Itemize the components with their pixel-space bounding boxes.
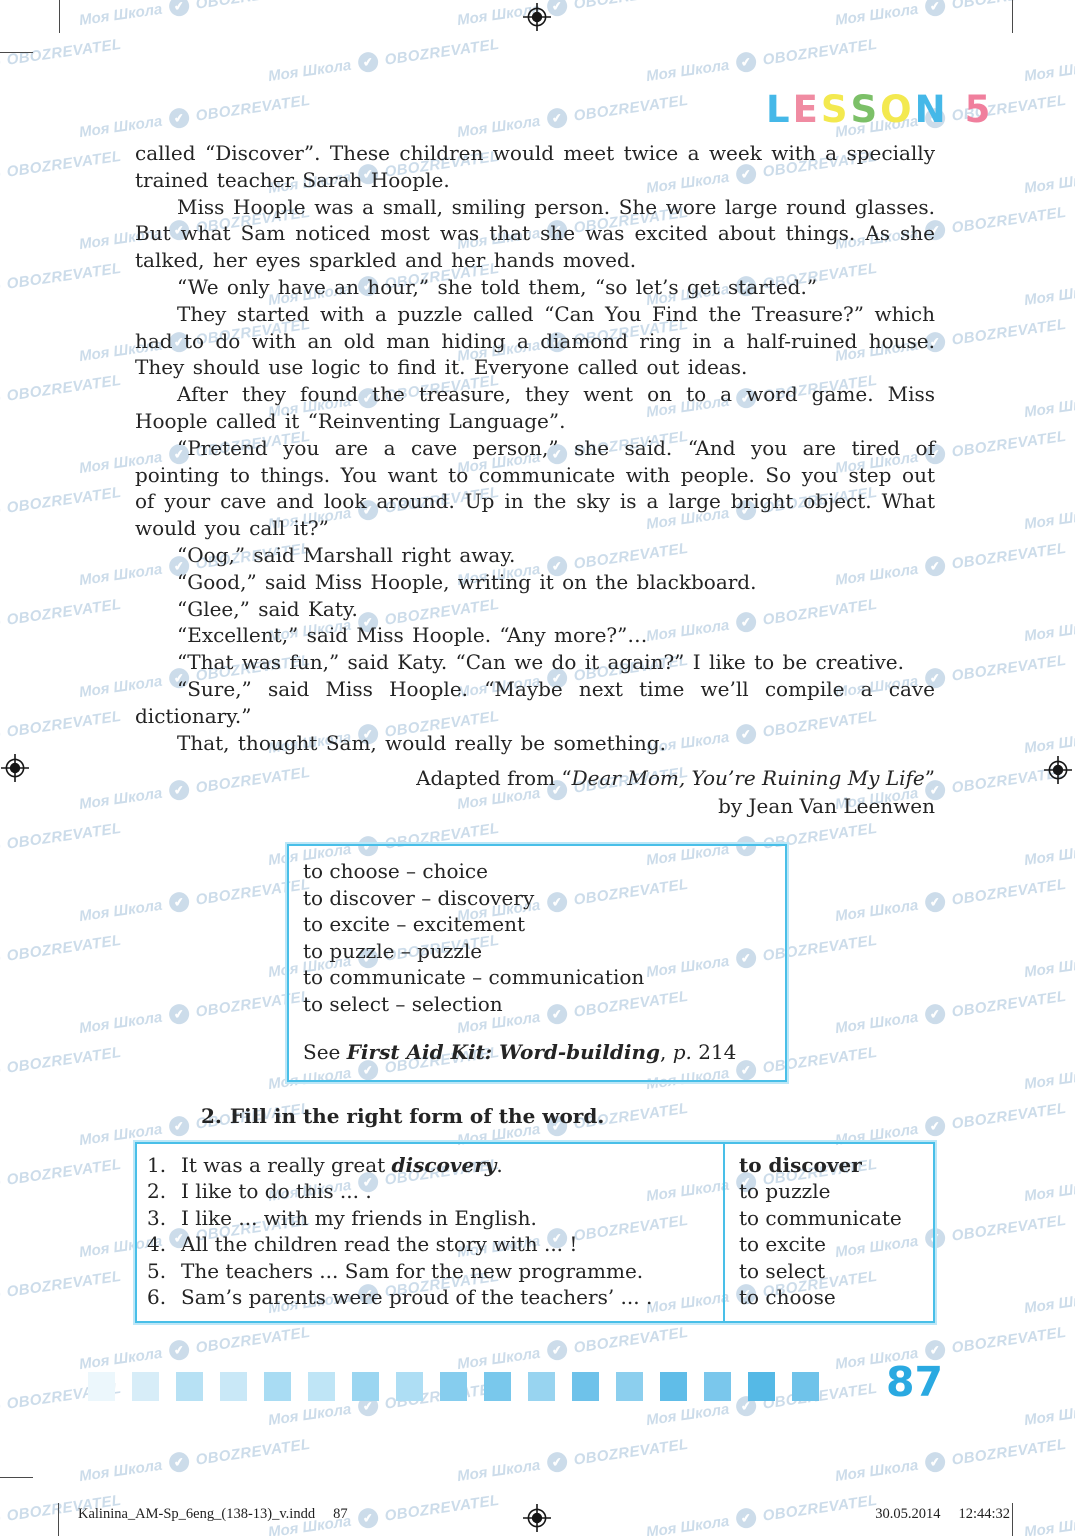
obozrevatel-icon: ✔ — [0, 275, 1, 298]
obozrevatel-icon: ✔ — [168, 1451, 191, 1474]
watermark: Моя Школа✔OBOZREVATEL — [78, 1434, 312, 1486]
watermark-brand: OBOZREVATEL — [951, 651, 1068, 684]
obozrevatel-icon: ✔ — [168, 107, 191, 130]
obozrevatel-icon: ✔ — [0, 947, 1, 970]
watermark-brand: OBOZREVATEL — [762, 35, 879, 68]
watermark: Моя Школа✔OBOZREVATEL — [1023, 34, 1075, 86]
watermark-brand: OBOZREVATEL — [195, 1435, 312, 1468]
crop-mark — [1012, 1503, 1013, 1536]
attribution-line: Adapted from “Dear Mom, You’re Ruining M… — [135, 764, 935, 792]
crop-mark — [59, 0, 60, 33]
obozrevatel-icon: ✔ — [168, 0, 191, 18]
story-paragraph: “Excellent,” said Miss Hoople. “Any more… — [135, 622, 935, 649]
watermark: Моя Школа✔OBOZREVATEL — [834, 1322, 1068, 1374]
watermark-brand: OBOZREVATEL — [6, 1155, 123, 1188]
decor-square — [132, 1372, 159, 1401]
watermark: Моя Школа✔OBOZREVATEL — [0, 930, 123, 982]
watermark-brand: OBOZREVATEL — [951, 427, 1068, 460]
watermark-brand: OBOZREVATEL — [195, 91, 312, 124]
watermark-brand: Моя Школа — [1023, 168, 1075, 196]
watermark-brand: OBOZREVATEL — [6, 931, 123, 964]
exercise-item: 4.All the children read the story with .… — [147, 1231, 717, 1258]
watermark-brand: OBOZREVATEL — [6, 1043, 123, 1076]
watermark-brand: OBOZREVATEL — [951, 1435, 1068, 1468]
watermark-brand: Моя Школа — [1023, 280, 1075, 308]
exercise-table-right: to discoverto puzzleto communicateto exc… — [725, 1144, 933, 1321]
obozrevatel-icon: ✔ — [0, 51, 1, 74]
watermark-brand: Моя Школа — [1023, 840, 1075, 868]
registration-mark — [523, 3, 551, 31]
watermark: Моя Школа✔OBOZREVATEL — [1023, 1378, 1075, 1430]
attribution: Adapted from “Dear Mom, You’re Ruining M… — [135, 764, 935, 820]
lesson-letter: S — [821, 88, 851, 131]
watermark-brand: Моя Школа — [1023, 392, 1075, 420]
obozrevatel-icon: ✔ — [0, 835, 1, 858]
decor-square — [264, 1372, 291, 1401]
obozrevatel-icon: ✔ — [546, 1451, 569, 1474]
watermark: Моя Школа✔OBOZREVATEL — [1023, 1154, 1075, 1206]
obozrevatel-icon: ✔ — [735, 51, 758, 74]
watermark: Моя Школа✔OBOZREVATEL — [1023, 706, 1075, 758]
watermark: Моя Школа✔OBOZREVATEL — [0, 482, 123, 534]
watermark-brand: Моя Школа — [1023, 1400, 1075, 1428]
decor-square — [220, 1372, 247, 1401]
watermark-brand: Моя Школа — [456, 1344, 541, 1372]
story-paragraph: Miss Hoople was a small, smiling person.… — [135, 194, 935, 274]
watermark: Моя Школа✔OBOZREVATEL — [0, 818, 123, 870]
lesson-letter: N — [915, 88, 949, 131]
watermark-brand: OBOZREVATEL — [6, 1267, 123, 1300]
story-paragraph: That, thought Sam, would really be somet… — [135, 730, 935, 757]
watermark-brand: OBOZREVATEL — [6, 371, 123, 404]
watermark-brand: OBOZREVATEL — [951, 315, 1068, 348]
prepress-footer: Kalinina_AM-Sp_6eng_(138-13)_v.indd87 30… — [78, 1506, 1010, 1523]
crop-mark — [1012, 0, 1013, 33]
watermark: Моя Школа✔OBOZREVATEL — [0, 594, 123, 646]
watermark: Моя Школа✔OBOZREVATEL — [1023, 818, 1075, 870]
exercise-item: 6.Sam’s parents were proud of the teache… — [147, 1284, 717, 1311]
watermark-brand: OBOZREVATEL — [573, 1323, 690, 1356]
hint-word: to choose — [739, 1284, 927, 1311]
watermark-brand: Моя Школа — [456, 112, 541, 140]
decor-square — [704, 1372, 731, 1401]
watermark-brand: Моя Школа — [1023, 1176, 1075, 1204]
exercise-item: 1.It was a really great discovery. — [147, 1152, 717, 1179]
crop-mark — [58, 1503, 59, 1536]
decor-square — [88, 1372, 115, 1401]
watermark-brand: OBOZREVATEL — [6, 259, 123, 292]
watermark-brand: Моя Школа — [1023, 1288, 1075, 1316]
crop-mark — [0, 1477, 33, 1478]
watermark-brand: OBOZREVATEL — [951, 0, 1068, 12]
watermark-brand: OBOZREVATEL — [6, 483, 123, 516]
watermark-brand: Моя Школа — [456, 1456, 541, 1484]
watermark-brand: Моя Школа — [78, 0, 163, 28]
story-paragraph: “That was fun,” said Katy. “Can we do it… — [135, 649, 935, 676]
exercise-number: 2. — [201, 1104, 222, 1128]
watermark: Моя Школа✔OBOZREVATEL — [1023, 258, 1075, 310]
watermark-brand: OBOZREVATEL — [951, 203, 1068, 236]
lesson-letter: S — [851, 88, 881, 131]
decor-square — [176, 1372, 203, 1401]
watermark-brand: OBOZREVATEL — [6, 707, 123, 740]
exercise-item: 3.I like ... with my friends in English. — [147, 1205, 717, 1232]
obozrevatel-icon: ✔ — [0, 611, 1, 634]
story-paragraph: “Oog,” said Marshall right away. — [135, 542, 935, 569]
hint-word: to select — [739, 1258, 927, 1285]
watermark-brand: Моя Школа — [78, 112, 163, 140]
watermark-brand: Моя Школа — [645, 1400, 730, 1428]
obozrevatel-icon: ✔ — [0, 1059, 1, 1082]
decor-square — [660, 1372, 687, 1401]
hint-word: to discover — [739, 1152, 927, 1179]
page-number: 87 — [886, 1358, 943, 1406]
decor-square — [572, 1372, 599, 1401]
attribution-byline: by Jean Van Leenwen — [135, 792, 935, 820]
watermark: Моя Школа✔OBOZREVATEL — [456, 90, 690, 142]
story-paragraph: After they found the treasure, they went… — [135, 381, 935, 435]
footer-datetime: 30.05.201412:44:32 — [875, 1506, 1010, 1523]
story-paragraph: They started with a puzzle called “Can Y… — [135, 301, 935, 381]
content-column: called “Discover”. These children would … — [135, 140, 935, 1323]
word-building-box: to choose – choiceto discover – discover… — [287, 844, 787, 1082]
word-pair: to communicate – communication — [303, 964, 775, 991]
obozrevatel-icon: ✔ — [546, 107, 569, 130]
watermark-brand: Моя Школа — [1023, 616, 1075, 644]
decor-square — [440, 1372, 467, 1401]
watermark-brand: OBOZREVATEL — [573, 1435, 690, 1468]
decor-square — [308, 1372, 335, 1401]
watermark: Моя Школа✔OBOZREVATEL — [1023, 370, 1075, 422]
obozrevatel-icon: ✔ — [0, 387, 1, 410]
obozrevatel-icon: ✔ — [0, 163, 1, 186]
watermark: Моя Школа✔OBOZREVATEL — [1023, 594, 1075, 646]
decor-square — [792, 1372, 819, 1401]
exercise-table: 1.It was a really great discovery.2.I li… — [135, 1142, 935, 1323]
watermark: Моя Школа✔OBOZREVATEL — [267, 34, 501, 86]
decor-square — [528, 1372, 555, 1401]
obozrevatel-icon: ✔ — [924, 0, 947, 18]
watermark: Моя Школа✔OBOZREVATEL — [1023, 146, 1075, 198]
book-title: Dear Mom, You’re Ruining My Life — [572, 766, 925, 790]
watermark-brand: OBOZREVATEL — [951, 875, 1068, 908]
watermark: Моя Школа✔OBOZREVATEL — [78, 1322, 312, 1374]
decor-square — [484, 1372, 511, 1401]
word-pair: to discover – discovery — [303, 885, 775, 912]
watermark: Моя Школа✔OBOZREVATEL — [1023, 1042, 1075, 1094]
watermark: Моя Школа✔OBOZREVATEL — [78, 90, 312, 142]
registration-mark — [1044, 756, 1072, 784]
obozrevatel-icon: ✔ — [168, 1339, 191, 1362]
watermark-brand: OBOZREVATEL — [195, 0, 312, 12]
watermark-brand: OBOZREVATEL — [6, 819, 123, 852]
hint-word: to excite — [739, 1231, 927, 1258]
watermark: Моя Школа✔OBOZREVATEL — [0, 1154, 123, 1206]
lesson-letter: 5 — [965, 88, 994, 131]
hint-word: to communicate — [739, 1205, 927, 1232]
story-paragraph: “Good,” said Miss Hoople, writing it on … — [135, 569, 935, 596]
decor-square — [748, 1372, 775, 1401]
obozrevatel-icon: ✔ — [0, 1395, 1, 1418]
registration-mark — [1, 754, 29, 782]
watermark: Моя Школа✔OBOZREVATEL — [0, 258, 123, 310]
lesson-letter: O — [880, 88, 914, 131]
watermark: Моя Школа✔OBOZREVATEL — [0, 34, 123, 86]
word-pair: to puzzle – puzzle — [303, 938, 775, 965]
word-pair: to excite – excitement — [303, 911, 775, 938]
watermark-brand: Моя Школа — [1023, 504, 1075, 532]
watermark: Моя Школа✔OBOZREVATEL — [0, 1042, 123, 1094]
watermark-brand: OBOZREVATEL — [951, 1099, 1068, 1132]
squares-row — [88, 1372, 819, 1401]
watermark: Моя Школа✔OBOZREVATEL — [456, 0, 690, 30]
hint-word: to puzzle — [739, 1178, 927, 1205]
watermark-brand: OBOZREVATEL — [951, 1211, 1068, 1244]
watermark: Моя Школа✔OBOZREVATEL — [834, 1434, 1068, 1486]
lesson-letter: L — [766, 88, 793, 131]
book-page: Моя Школа✔OBOZREVATELМоя Школа✔OBOZREVAT… — [0, 0, 1075, 1536]
watermark: Моя Школа✔OBOZREVATEL — [78, 0, 312, 30]
watermark-brand: Моя Школа — [267, 1400, 352, 1428]
obozrevatel-icon: ✔ — [357, 51, 380, 74]
watermark-brand: Моя Школа — [1023, 1064, 1075, 1092]
obozrevatel-icon: ✔ — [0, 1507, 1, 1530]
watermark-brand: OBOZREVATEL — [6, 147, 123, 180]
watermark: Моя Школа✔OBOZREVATEL — [456, 1322, 690, 1374]
watermark-brand: Моя Школа — [1023, 952, 1075, 980]
story-paragraph: “Sure,” said Miss Hoople. “Maybe next ti… — [135, 676, 935, 730]
obozrevatel-icon: ✔ — [0, 723, 1, 746]
obozrevatel-icon: ✔ — [924, 1451, 947, 1474]
decor-square — [352, 1372, 379, 1401]
wordbox-pairs: to choose – choiceto discover – discover… — [303, 858, 775, 1017]
watermark: Моя Школа✔OBOZREVATEL — [645, 34, 879, 86]
watermark: Моя Школа✔OBOZREVATEL — [834, 0, 1068, 30]
story-paragraph: “Pretend you are a cave person,” she sai… — [135, 435, 935, 542]
watermark: Моя Школа✔OBOZREVATEL — [1023, 1266, 1075, 1318]
reference-title: First Aid Kit: Word-building — [347, 1040, 660, 1064]
lesson-title: LESSON5 — [766, 88, 993, 131]
watermark: Моя Школа✔OBOZREVATEL — [0, 146, 123, 198]
word-pair: to select – selection — [303, 991, 775, 1018]
watermark-brand: OBOZREVATEL — [951, 1323, 1068, 1356]
obozrevatel-icon: ✔ — [0, 499, 1, 522]
watermark: Моя Школа✔OBOZREVATEL — [1023, 482, 1075, 534]
decor-square — [396, 1372, 423, 1401]
watermark: Моя Школа✔OBOZREVATEL — [1023, 930, 1075, 982]
watermark: Моя Школа✔OBOZREVATEL — [0, 706, 123, 758]
watermark-brand: Моя Школа — [78, 1456, 163, 1484]
watermark-brand: Моя Школа — [1023, 728, 1075, 756]
watermark-brand: OBOZREVATEL — [951, 987, 1068, 1020]
footer-file: Kalinina_AM-Sp_6eng_(138-13)_v.indd87 — [78, 1506, 348, 1523]
watermark-brand: Моя Школа — [1023, 56, 1075, 84]
crop-mark — [0, 52, 33, 53]
lesson-letter: E — [793, 88, 821, 131]
story-paragraph: called “Discover”. These children would … — [135, 140, 935, 194]
decor-square — [616, 1372, 643, 1401]
story: called “Discover”. These children would … — [135, 140, 935, 756]
obozrevatel-icon: ✔ — [0, 1283, 1, 1306]
story-paragraph: “We only have an hour,” she told them, “… — [135, 274, 935, 301]
exercise-item: 2.I like to do this ... . — [147, 1178, 717, 1205]
watermark: Моя Школа✔OBOZREVATEL — [456, 1434, 690, 1486]
watermark: Моя Школа✔OBOZREVATEL — [0, 1266, 123, 1318]
obozrevatel-icon: ✔ — [546, 1339, 569, 1362]
watermark-brand: Моя Школа — [1023, 1512, 1075, 1536]
obozrevatel-icon: ✔ — [0, 1171, 1, 1194]
watermark-brand: Моя Школа — [645, 56, 730, 84]
exercise-table-left: 1.It was a really great discovery.2.I li… — [137, 1144, 725, 1321]
watermark-brand: OBOZREVATEL — [573, 91, 690, 124]
watermark-brand: OBOZREVATEL — [384, 35, 501, 68]
watermark-brand: OBOZREVATEL — [573, 0, 690, 12]
watermark-brand: Моя Школа — [78, 1344, 163, 1372]
story-paragraph: “Glee,” said Katy. — [135, 596, 935, 623]
watermark-brand: Моя Школа — [834, 1456, 919, 1484]
watermark-brand: OBOZREVATEL — [6, 595, 123, 628]
watermark-brand: Моя Школа — [834, 0, 919, 28]
watermark: Моя Школа✔OBOZREVATEL — [1023, 1490, 1075, 1536]
watermark-brand: OBOZREVATEL — [195, 1323, 312, 1356]
exercise-title: Fill in the right form of the word. — [230, 1104, 604, 1128]
exercise-heading: 2.Fill in the right form of the word. — [201, 1104, 935, 1128]
watermark: Моя Школа✔OBOZREVATEL — [0, 370, 123, 422]
see-reference: See First Aid Kit: Word-building, p. 214 — [303, 1039, 775, 1066]
exercise-item: 5.The teachers ... Sam for the new progr… — [147, 1258, 717, 1285]
watermark-brand: Моя Школа — [267, 56, 352, 84]
watermark-brand: OBOZREVATEL — [951, 539, 1068, 572]
word-pair: to choose – choice — [303, 858, 775, 885]
